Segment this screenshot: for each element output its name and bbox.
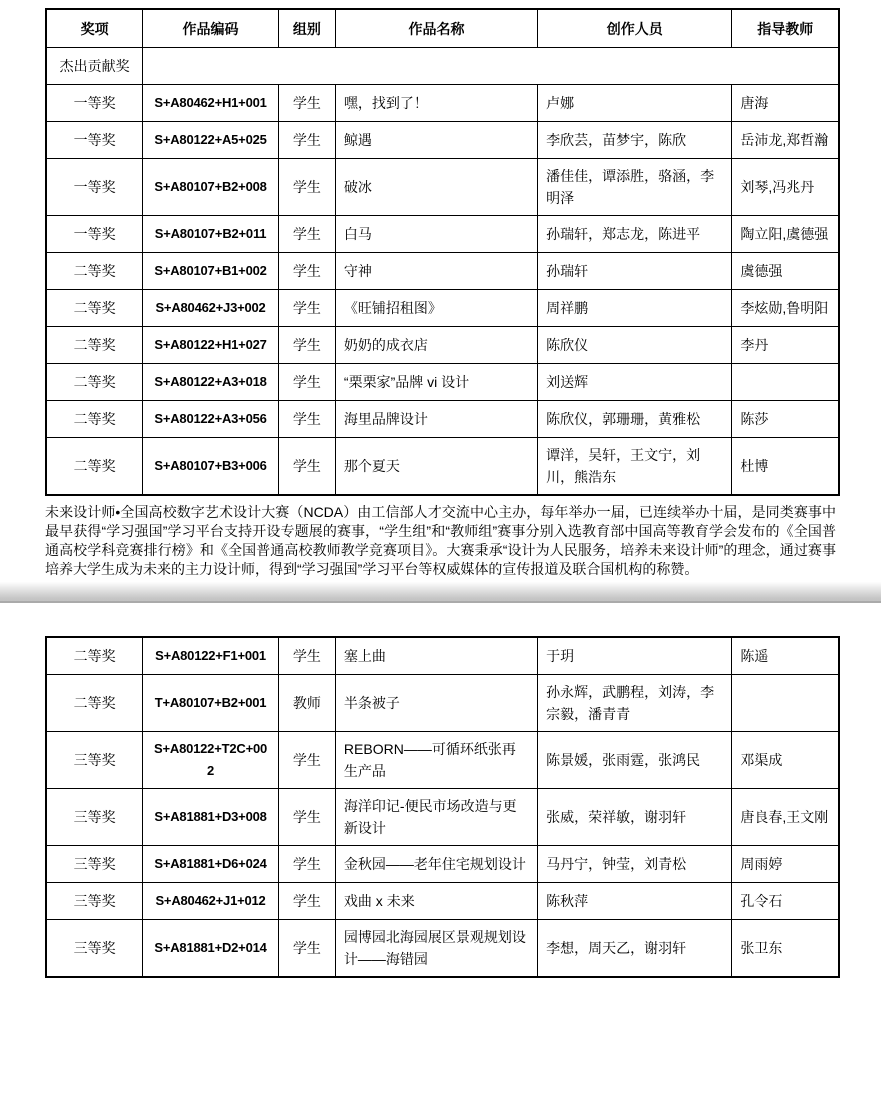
cell-code: S+A80122+A3+018 bbox=[143, 364, 279, 401]
cell-award: 二等奖 bbox=[46, 253, 143, 290]
table-row: 三等奖S+A80122+T2C+002学生REBORN——可循环纸张再生产品陈景… bbox=[46, 732, 839, 789]
table-row: 一等奖S+A80107+B2+008学生破冰潘佳佳，谭添胜，骆涵，李明泽刘琴,冯… bbox=[46, 159, 839, 216]
cell-title: REBORN——可循环纸张再生产品 bbox=[335, 732, 537, 789]
cell-title: 守神 bbox=[335, 253, 537, 290]
cell-award: 二等奖 bbox=[46, 637, 143, 675]
col-header-code: 作品编码 bbox=[143, 9, 279, 48]
cell-code: S+A80107+B2+008 bbox=[143, 159, 279, 216]
cell-creators: 卢娜 bbox=[538, 85, 732, 122]
cell-creators: 于玥 bbox=[538, 637, 732, 675]
cell-code: S+A80107+B1+002 bbox=[143, 253, 279, 290]
cell-group: 学生 bbox=[278, 789, 335, 846]
cell-code: S+A80462+H1+001 bbox=[143, 85, 279, 122]
cell-title: 那个夏天 bbox=[335, 438, 537, 496]
cell-creators: 潘佳佳，谭添胜，骆涵，李明泽 bbox=[538, 159, 732, 216]
cell-title: 园博园北海园展区景观规划设计——海错园 bbox=[335, 920, 537, 978]
table-row: 二等奖S+A80122+A3+018学生“栗栗家”品牌 vi 设计刘送辉 bbox=[46, 364, 839, 401]
cell-code: S+A81881+D2+014 bbox=[143, 920, 279, 978]
cell-teachers: 邓渠成 bbox=[732, 732, 839, 789]
cell-code: S+A81881+D3+008 bbox=[143, 789, 279, 846]
special-award-row: 杰出贡献奖 bbox=[46, 48, 839, 85]
intro-paragraph: 未来设计师•全国高校数字艺术设计大赛（NCDA）由工信部人才交流中心主办，每年举… bbox=[45, 503, 836, 579]
cell-award: 三等奖 bbox=[46, 846, 143, 883]
table-row: 二等奖S+A80122+F1+001学生塞上曲于玥陈遥 bbox=[46, 637, 839, 675]
cell-creators: 陈景媛，张雨霆，张鸿民 bbox=[538, 732, 732, 789]
table-row: 一等奖S+A80122+A5+025学生鲸遇李欣芸，苗梦宇，陈欣岳沛龙,郑哲瀚 bbox=[46, 122, 839, 159]
table-row: 三等奖S+A81881+D2+014学生园博园北海园展区景观规划设计——海错园李… bbox=[46, 920, 839, 978]
page-break-separator bbox=[0, 582, 881, 603]
cell-title: 嘿，找到了！ bbox=[335, 85, 537, 122]
table-row: 三等奖S+A81881+D6+024学生金秋园——老年住宅规划设计马丹宁，钟莹，… bbox=[46, 846, 839, 883]
cell-award: 三等奖 bbox=[46, 920, 143, 978]
cell-teachers: 岳沛龙,郑哲瀚 bbox=[732, 122, 839, 159]
cell-award: 一等奖 bbox=[46, 216, 143, 253]
cell-group: 学生 bbox=[278, 85, 335, 122]
cell-award: 三等奖 bbox=[46, 732, 143, 789]
cell-group: 学生 bbox=[278, 920, 335, 978]
table-row: 二等奖S+A80107+B3+006学生那个夏天谭洋，吴轩，王文宁，刘川，熊浩东… bbox=[46, 438, 839, 496]
cell-creators: 孙瑞轩 bbox=[538, 253, 732, 290]
cell-creators: 陈欣仪，郭珊珊，黄雅松 bbox=[538, 401, 732, 438]
cell-title: 金秋园——老年住宅规划设计 bbox=[335, 846, 537, 883]
cell-title: 鲸遇 bbox=[335, 122, 537, 159]
cell-code: S+A80122+H1+027 bbox=[143, 327, 279, 364]
cell-code: T+A80107+B2+001 bbox=[143, 675, 279, 732]
page-2-content: 二等奖S+A80122+F1+001学生塞上曲于玥陈遥二等奖T+A80107+B… bbox=[0, 636, 881, 1015]
cell-group: 学生 bbox=[278, 327, 335, 364]
cell-code: S+A80462+J1+012 bbox=[143, 883, 279, 920]
table-row: 一等奖S+A80107+B2+011学生白马孙瑞轩，郑志龙，陈进平陶立阳,虞德强 bbox=[46, 216, 839, 253]
awards-table-page1: 奖项 作品编码 组别 作品名称 创作人员 指导教师 杰出贡献奖 一等奖S+A80… bbox=[45, 8, 840, 496]
cell-award: 一等奖 bbox=[46, 122, 143, 159]
cell-group: 学生 bbox=[278, 364, 335, 401]
cell-code: S+A80107+B2+011 bbox=[143, 216, 279, 253]
cell-group: 学生 bbox=[278, 290, 335, 327]
cell-title: 半条被子 bbox=[335, 675, 537, 732]
table-row: 二等奖S+A80462+J3+002学生《旺铺招租图》周祥鹏李炫勋,鲁明阳 bbox=[46, 290, 839, 327]
cell-group: 学生 bbox=[278, 637, 335, 675]
cell-group: 学生 bbox=[278, 216, 335, 253]
cell-creators: 孙永辉，武鹏程，刘涛，李宗毅，潘青青 bbox=[538, 675, 732, 732]
table-header-row: 奖项 作品编码 组别 作品名称 创作人员 指导教师 bbox=[46, 9, 839, 48]
cell-title: 塞上曲 bbox=[335, 637, 537, 675]
cell-teachers: 陈遥 bbox=[732, 637, 839, 675]
table-row: 一等奖S+A80462+H1+001学生嘿，找到了！卢娜唐海 bbox=[46, 85, 839, 122]
cell-teachers: 杜博 bbox=[732, 438, 839, 496]
cell-award: 一等奖 bbox=[46, 85, 143, 122]
cell-creators: 马丹宁，钟莹，刘青松 bbox=[538, 846, 732, 883]
cell-code: S+A80122+A5+025 bbox=[143, 122, 279, 159]
cell-teachers: 唐良春,王文刚 bbox=[732, 789, 839, 846]
table-row: 二等奖T+A80107+B2+001教师半条被子孙永辉，武鹏程，刘涛，李宗毅，潘… bbox=[46, 675, 839, 732]
cell-code: S+A81881+D6+024 bbox=[143, 846, 279, 883]
cell-teachers: 孔令石 bbox=[732, 883, 839, 920]
cell-award: 二等奖 bbox=[46, 290, 143, 327]
cell-teachers: 刘琴,冯兆丹 bbox=[732, 159, 839, 216]
cell-award: 二等奖 bbox=[46, 675, 143, 732]
table-row: 三等奖S+A80462+J1+012学生戏曲 x 未来陈秋萍孔令石 bbox=[46, 883, 839, 920]
cell-award: 三等奖 bbox=[46, 883, 143, 920]
cell-creators: 周祥鹏 bbox=[538, 290, 732, 327]
cell-teachers bbox=[732, 364, 839, 401]
col-header-award: 奖项 bbox=[46, 9, 143, 48]
cell-creators: 张威，荣祥敏，谢羽轩 bbox=[538, 789, 732, 846]
cell-teachers: 陶立阳,虞德强 bbox=[732, 216, 839, 253]
cell-teachers: 张卫东 bbox=[732, 920, 839, 978]
awards-table-page2: 二等奖S+A80122+F1+001学生塞上曲于玥陈遥二等奖T+A80107+B… bbox=[45, 636, 840, 978]
cell-creators: 谭洋，吴轩，王文宁，刘川，熊浩东 bbox=[538, 438, 732, 496]
cell-code: S+A80122+F1+001 bbox=[143, 637, 279, 675]
cell-group: 教师 bbox=[278, 675, 335, 732]
cell-title: 海洋印记-便民市场改造与更新设计 bbox=[335, 789, 537, 846]
cell-title: 奶奶的成衣店 bbox=[335, 327, 537, 364]
table-row: 三等奖S+A81881+D3+008学生海洋印记-便民市场改造与更新设计张威，荣… bbox=[46, 789, 839, 846]
cell-code: S+A80122+A3+056 bbox=[143, 401, 279, 438]
page-1-content: 奖项 作品编码 组别 作品名称 创作人员 指导教师 杰出贡献奖 一等奖S+A80… bbox=[0, 8, 881, 579]
cell-title: 破冰 bbox=[335, 159, 537, 216]
cell-creators: 李想，周天乙，谢羽轩 bbox=[538, 920, 732, 978]
cell-title: “栗栗家”品牌 vi 设计 bbox=[335, 364, 537, 401]
cell-teachers: 陈莎 bbox=[732, 401, 839, 438]
col-header-title: 作品名称 bbox=[335, 9, 537, 48]
cell-teachers: 李炫勋,鲁明阳 bbox=[732, 290, 839, 327]
cell-special-award: 杰出贡献奖 bbox=[46, 48, 143, 85]
cell-group: 学生 bbox=[278, 438, 335, 496]
bottom-whitespace bbox=[45, 978, 840, 1015]
table-row: 二等奖S+A80122+H1+027学生奶奶的成衣店陈欣仪李丹 bbox=[46, 327, 839, 364]
cell-award: 二等奖 bbox=[46, 364, 143, 401]
table-row: 二等奖S+A80107+B1+002学生守神孙瑞轩虞德强 bbox=[46, 253, 839, 290]
cell-code: S+A80122+T2C+002 bbox=[143, 732, 279, 789]
cell-creators: 陈欣仪 bbox=[538, 327, 732, 364]
cell-group: 学生 bbox=[278, 401, 335, 438]
cell-award: 二等奖 bbox=[46, 401, 143, 438]
cell-group: 学生 bbox=[278, 159, 335, 216]
cell-teachers: 李丹 bbox=[732, 327, 839, 364]
cell-group: 学生 bbox=[278, 846, 335, 883]
cell-award: 一等奖 bbox=[46, 159, 143, 216]
cell-teachers bbox=[732, 675, 839, 732]
col-header-teachers: 指导教师 bbox=[732, 9, 839, 48]
cell-teachers: 唐海 bbox=[732, 85, 839, 122]
cell-title: 戏曲 x 未来 bbox=[335, 883, 537, 920]
table-row: 二等奖S+A80122+A3+056学生海里品牌设计陈欣仪，郭珊珊，黄雅松陈莎 bbox=[46, 401, 839, 438]
cell-award: 二等奖 bbox=[46, 327, 143, 364]
cell-award: 三等奖 bbox=[46, 789, 143, 846]
cell-creators: 李欣芸，苗梦宇，陈欣 bbox=[538, 122, 732, 159]
cell-title: 《旺铺招租图》 bbox=[335, 290, 537, 327]
cell-code: S+A80462+J3+002 bbox=[143, 290, 279, 327]
cell-group: 学生 bbox=[278, 732, 335, 789]
cell-group: 学生 bbox=[278, 883, 335, 920]
cell-title: 白马 bbox=[335, 216, 537, 253]
cell-code: S+A80107+B3+006 bbox=[143, 438, 279, 496]
cell-creators: 陈秋萍 bbox=[538, 883, 732, 920]
cell-teachers: 周雨婷 bbox=[732, 846, 839, 883]
cell-group: 学生 bbox=[278, 122, 335, 159]
cell-award: 二等奖 bbox=[46, 438, 143, 496]
cell-title: 海里品牌设计 bbox=[335, 401, 537, 438]
cell-group: 学生 bbox=[278, 253, 335, 290]
cell-teachers: 虞德强 bbox=[732, 253, 839, 290]
col-header-group: 组别 bbox=[278, 9, 335, 48]
cell-creators: 孙瑞轩，郑志龙，陈进平 bbox=[538, 216, 732, 253]
cell-creators: 刘送辉 bbox=[538, 364, 732, 401]
col-header-creators: 创作人员 bbox=[538, 9, 732, 48]
document-page: 奖项 作品编码 组别 作品名称 创作人员 指导教师 杰出贡献奖 一等奖S+A80… bbox=[0, 8, 881, 1015]
cell-special-award-empty bbox=[143, 48, 839, 85]
